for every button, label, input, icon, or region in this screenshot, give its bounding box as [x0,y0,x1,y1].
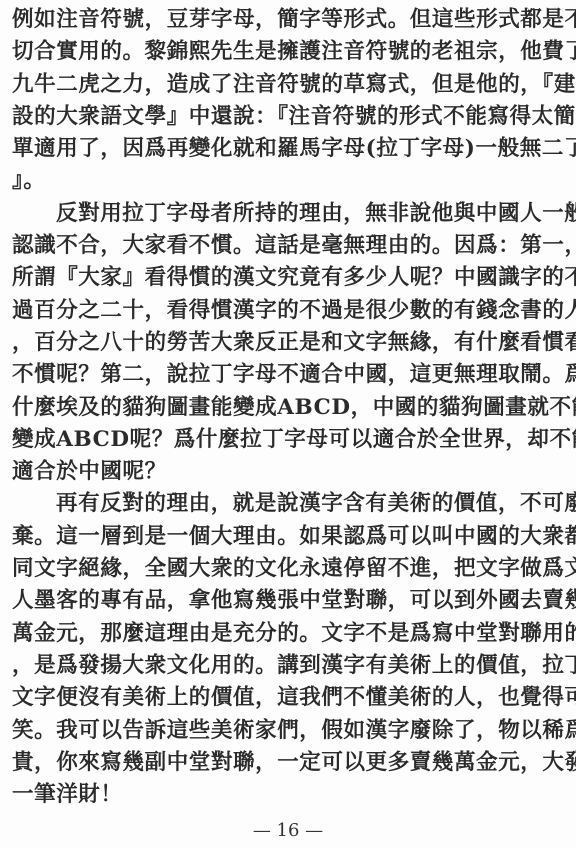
page-number: — 16 — [0,820,576,841]
text-line: 設的大衆語文學』中還說：『注音符號的形式不能寫得太簡 [12,101,568,133]
text-line: 九牛二虎之力，造成了注音符號的草寫式，但是他的，『建 [12,69,568,101]
text-line: 認識不合，大家看不慣。這話是毫無理由的。因爲：第一， [12,230,568,262]
text-line: 所謂『大家』看得慣的漢文究竟有多少人呢？中國識字的不 [12,262,568,294]
text-line: 不慣呢？第二，說拉丁字母不適合中國，這更無理取鬧。爲 [12,359,568,391]
text-line: 反對用拉丁字母者所持的理由，無非說他與中國人一般 [12,198,568,230]
text-line: 棄。這一層到是一個大理由。如果認爲可以叫中國的大衆都 [12,521,568,553]
scanned-page: 例如注音符號，豆芽字母，簡字等形式。但這些形式都是不 切合實用的。黎錦熙先生是擁… [0,0,576,848]
text-line: 單適用了，因爲再變化就和羅馬字母(拉丁字母)一般無二了 [12,133,568,165]
paragraph-1: 例如注音符號，豆芽字母，簡字等形式。但這些形式都是不 切合實用的。黎錦熙先生是擁… [12,4,568,198]
text-line: 同文字絕緣，全國大衆的文化永遠停留不進，把文字做爲文 [12,553,568,585]
text-line: 再有反對的理由，就是說漢字含有美術的價值，不可廢 [12,488,568,520]
text-line: ，是爲發揚大衆文化用的。講到漢字有美術上的價值，拉丁 [12,650,568,682]
paragraph-3: 再有反對的理由，就是說漢字含有美術的價值，不可廢 棄。這一層到是一個大理由。如果… [12,488,568,811]
text-line: 人墨客的專有品，拿他寫幾張中堂對聯，可以到外國去賣幾 [12,585,568,617]
paragraph-2: 反對用拉丁字母者所持的理由，無非說他與中國人一般 認識不合，大家看不慣。這話是毫… [12,198,568,489]
text-line: 過百分之二十，看得慣漢字的不過是很少數的有錢念書的人 [12,295,568,327]
text-line: 切合實用的。黎錦熙先生是擁護注音符號的老祖宗，他費了 [12,36,568,68]
text-line: 什麼埃及的貓狗圖畫能變成ABCD，中國的貓狗圖畫就不能 [12,392,568,424]
text-line: ，百分之八十的勞苦大衆反正是和文字無緣，有什麼看慣看 [12,327,568,359]
text-line: 』。 [12,165,568,197]
text-line: 適合於中國呢？ [12,456,568,488]
text-line: 笑。我可以告訴這些美術家們，假如漢字廢除了，物以稀爲 [12,715,568,747]
text-line: 文字便沒有美術上的價值，這我們不懂美術的人，也覺得可 [12,682,568,714]
text-line: 例如注音符號，豆芽字母，簡字等形式。但這些形式都是不 [12,4,568,36]
text-line: 萬金元，那麼這理由是充分的。文字不是爲寫中堂對聯用的 [12,618,568,650]
text-line: 貴，你來寫幾副中堂對聯，一定可以更多賣幾萬金元，大發 [12,747,568,779]
text-line: 變成ABCD呢？爲什麼拉丁字母可以適合於全世界，却不能 [12,424,568,456]
body-text: 例如注音符號，豆芽字母，簡字等形式。但這些形式都是不 切合實用的。黎錦熙先生是擁… [12,4,568,811]
text-line: 一筆洋財！ [12,779,568,811]
